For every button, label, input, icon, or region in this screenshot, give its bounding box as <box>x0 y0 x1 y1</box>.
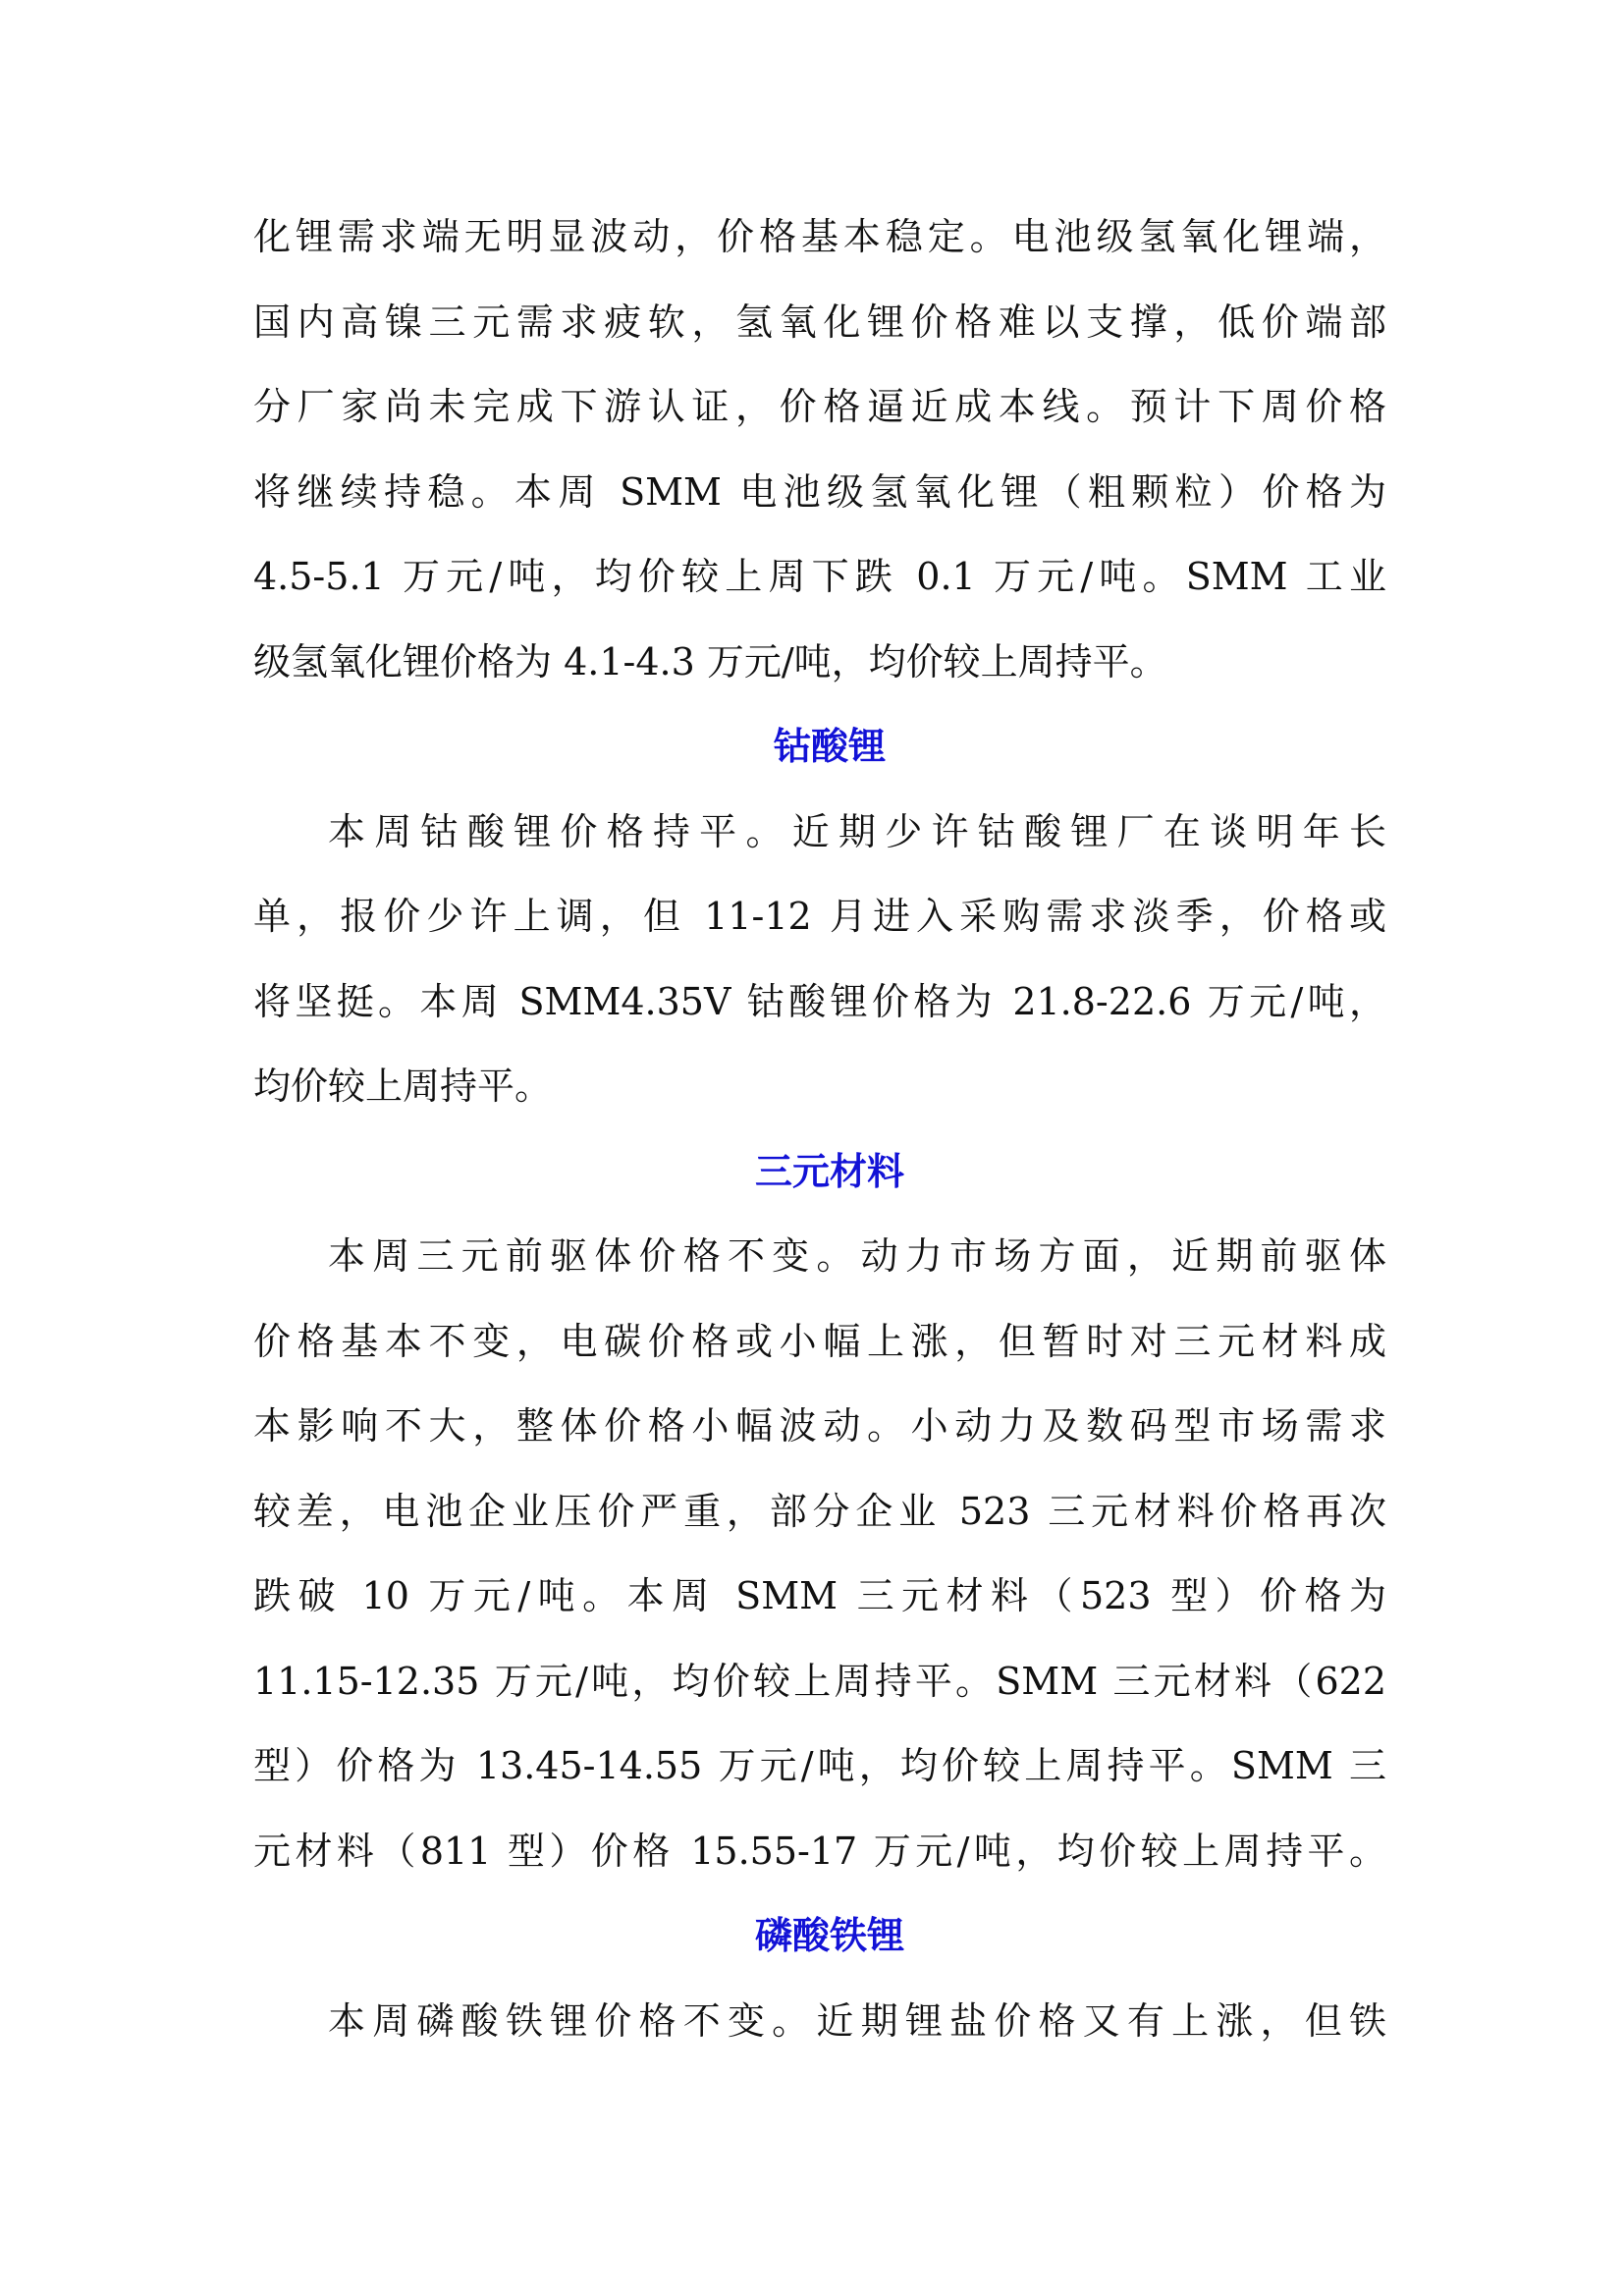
text-line: 将坚挺。本周 SMM4.35V 钴酸锂价格为 21.8-22.6 万元/吨， <box>253 959 1386 1045</box>
text-line: 级氢氧化锂价格为 4.1-4.3 万元/吨，均价较上周持平。 <box>253 620 1386 705</box>
text-line: 型）价格为 13.45-14.55 万元/吨，均价较上周持平。SMM 三 <box>253 1723 1386 1809</box>
document-page: 化锂需求端无明显波动，价格基本稳定。电池级氢氧化锂端， 国内高镍三元需求疲软，氢… <box>253 194 1386 2063</box>
text-line: 化锂需求端无明显波动，价格基本稳定。电池级氢氧化锂端， <box>253 194 1386 280</box>
paragraph: 化锂需求端无明显波动，价格基本稳定。电池级氢氧化锂端， 国内高镍三元需求疲软，氢… <box>253 194 1386 704</box>
text-line: 本周三元前驱体价格不变。动力市场方面，近期前驱体 <box>253 1214 1386 1299</box>
text-line: 本影响不大，整体价格小幅波动。小动力及数码型市场需求 <box>253 1384 1386 1469</box>
text-line: 国内高镍三元需求疲软，氢氧化锂价格难以支撑，低价端部 <box>253 280 1386 365</box>
section-heading: 钴酸锂 <box>253 704 1386 790</box>
section-heading: 磷酸铁锂 <box>253 1893 1386 1979</box>
text-line: 单，报价少许上调，但 11-12 月进入采购需求淡季，价格或 <box>253 874 1386 959</box>
section-ternary-materials: 三元材料 本周三元前驱体价格不变。动力市场方面，近期前驱体 价格基本不变，电碳价… <box>253 1129 1386 1894</box>
section-lithium-iron-phosphate: 磷酸铁锂 本周磷酸铁锂价格不变。近期锂盐价格又有上涨，但铁 <box>253 1893 1386 2063</box>
text-line: 分厂家尚未完成下游认证，价格逼近成本线。预计下周价格 <box>253 364 1386 450</box>
paragraph: 本周三元前驱体价格不变。动力市场方面，近期前驱体 价格基本不变，电碳价格或小幅上… <box>253 1214 1386 1893</box>
text-line: 较差，电池企业压价严重，部分企业 523 三元材料价格再次 <box>253 1469 1386 1555</box>
text-line: 本周钴酸锂价格持平。近期少许钴酸锂厂在谈明年长 <box>253 790 1386 875</box>
text-line: 4.5-5.1 万元/吨，均价较上周下跌 0.1 万元/吨。SMM 工业 <box>253 534 1386 620</box>
text-line: 均价较上周持平。 <box>253 1044 1386 1129</box>
section-heading: 三元材料 <box>253 1129 1386 1215</box>
section-lithium-cobalt-oxide: 钴酸锂 本周钴酸锂价格持平。近期少许钴酸锂厂在谈明年长 单，报价少许上调，但 1… <box>253 704 1386 1129</box>
text-line: 11.15-12.35 万元/吨，均价较上周持平。SMM 三元材料（622 <box>253 1639 1386 1724</box>
text-line: 跌破 10 万元/吨。本周 SMM 三元材料（523 型）价格为 <box>253 1554 1386 1639</box>
text-line: 将继续持稳。本周 SMM 电池级氢氧化锂（粗颗粒）价格为 <box>253 450 1386 535</box>
paragraph: 本周钴酸锂价格持平。近期少许钴酸锂厂在谈明年长 单，报价少许上调，但 11-12… <box>253 790 1386 1129</box>
text-line: 价格基本不变，电碳价格或小幅上涨，但暂时对三元材料成 <box>253 1299 1386 1385</box>
section-lithium-hydroxide: 化锂需求端无明显波动，价格基本稳定。电池级氢氧化锂端， 国内高镍三元需求疲软，氢… <box>253 194 1386 704</box>
text-line: 元材料（811 型）价格 15.55-17 万元/吨，均价较上周持平。 <box>253 1809 1386 1894</box>
text-line: 本周磷酸铁锂价格不变。近期锂盐价格又有上涨，但铁 <box>253 1979 1386 2064</box>
paragraph: 本周磷酸铁锂价格不变。近期锂盐价格又有上涨，但铁 <box>253 1979 1386 2064</box>
